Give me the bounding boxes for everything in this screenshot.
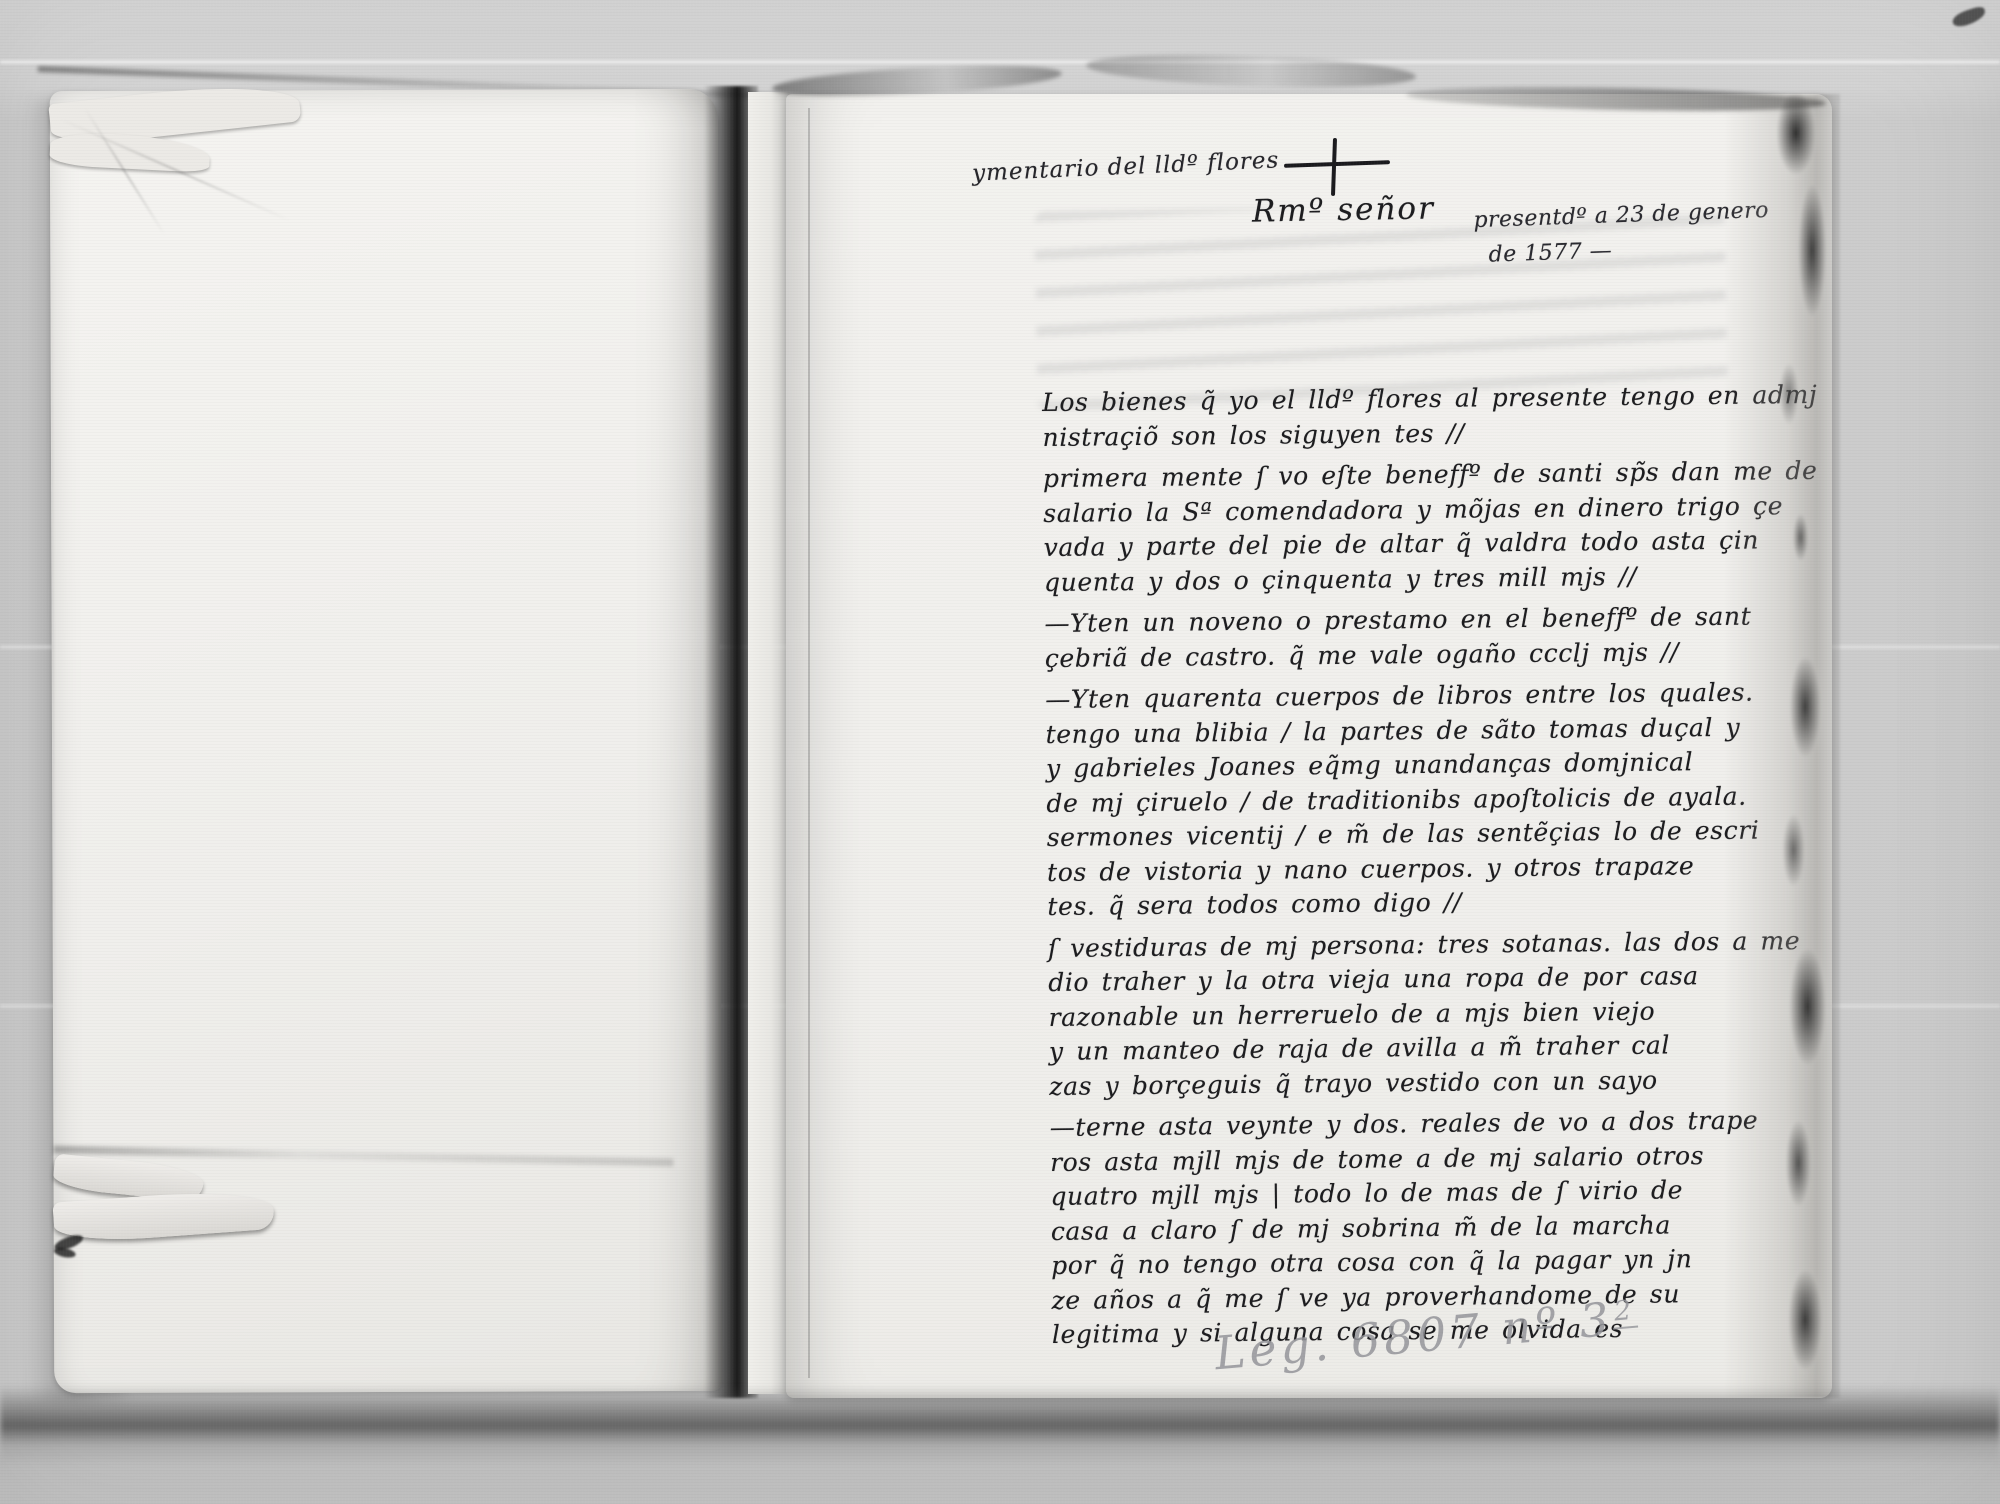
fold-margin-line	[808, 108, 810, 1378]
text-line: nistraçiõ son los siguyen tes //	[1072, 412, 1808, 454]
paragraph-benefice: —Yten un noveno o prestamo en el beneffº…	[1044, 599, 1811, 676]
paragraph-salary: primera mente ſ vo eſte beneffº de santi…	[1043, 454, 1810, 600]
manuscript-scan: ymentario del lldº flores Rmº señor pres…	[0, 0, 2000, 1504]
page-fold-edge	[748, 92, 790, 1394]
ragged-right-edge	[1724, 94, 1840, 1398]
left-page-blank	[50, 89, 723, 1393]
text-line: tes. q̃ sera todos como digo //	[1077, 882, 1813, 924]
cross-vertical-stroke	[1331, 138, 1337, 196]
torn-top-edge	[772, 60, 1063, 101]
paragraph-books: —Yten quarenta cuerpos de libros entre l…	[1045, 675, 1813, 925]
text-line: quenta y dos o çinquenta y tres mill mjs…	[1074, 557, 1810, 599]
text-line: çebriã de castro. q̃ me vale ogaño ccclj…	[1075, 633, 1811, 675]
ink-smudge	[53, 1246, 76, 1259]
archival-note: ymentario del lldº flores	[972, 147, 1280, 186]
shelfmark-superscript: 2	[1611, 1295, 1639, 1330]
torn-flap	[49, 131, 210, 173]
text-line: zas y borçeguis q̃ trayo vestido con un …	[1079, 1061, 1815, 1103]
scan-streak	[0, 60, 2000, 64]
salutation: Rmº señor	[1252, 190, 1435, 229]
right-page-manuscript: ymentario del lldº flores Rmº señor pres…	[786, 94, 1832, 1398]
paragraph-clothing: ſ vestiduras de mj persona: tres sotanas…	[1048, 923, 1816, 1104]
torn-top-edge	[1086, 50, 1417, 91]
cross-horizontal-stroke	[1284, 160, 1390, 168]
paragraph-intro: Los bienes q̃ yo el lldº flores al prese…	[1042, 378, 1809, 455]
edge-debris	[1951, 5, 1988, 29]
book-bottom-edge	[0, 1386, 2000, 1466]
inventory-body: Los bienes q̃ yo el lldº flores al prese…	[1042, 378, 1818, 1359]
torn-curl	[52, 1187, 274, 1245]
